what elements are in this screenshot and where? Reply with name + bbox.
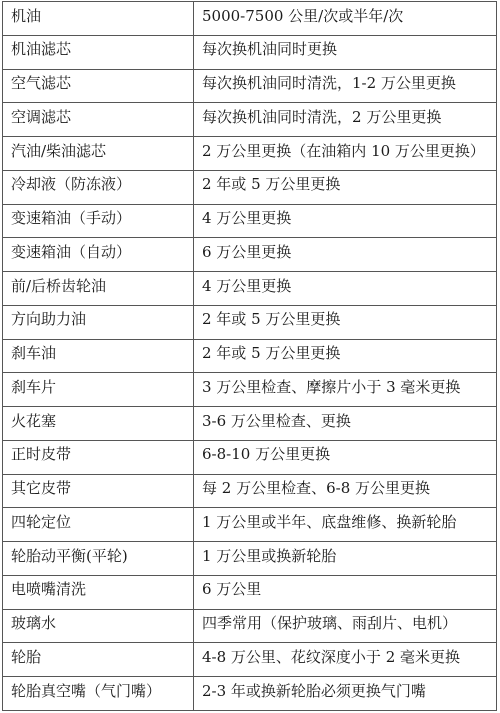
interval-cell: 6 万公里更换 [194, 238, 497, 272]
interval-cell: 2-3 年或换新轮胎必须更换气门嘴 [194, 677, 497, 711]
table-row: 变速箱油（自动） 6 万公里更换 [3, 238, 497, 272]
interval-cell: 每次换机油同时更换 [194, 35, 497, 69]
item-cell: 正时皮带 [3, 440, 194, 474]
item-cell: 刹车片 [3, 373, 194, 407]
table-row: 轮胎 4-8 万公里、花纹深度小于 2 毫米更换 [3, 643, 497, 677]
interval-cell: 6 万公里 [194, 575, 497, 609]
item-cell: 电喷嘴清洗 [3, 575, 194, 609]
maintenance-table-wrap: 机油 5000-7500 公里/次或半年/次 机油滤芯 每次换机油同时更换 空气… [2, 1, 497, 711]
item-cell: 空调滤芯 [3, 103, 194, 137]
item-cell: 前/后桥齿轮油 [3, 272, 194, 306]
interval-cell: 6-8-10 万公里更换 [194, 440, 497, 474]
item-cell: 汽油/柴油滤芯 [3, 137, 194, 171]
table-row: 玻璃水 四季常用（保护玻璃、雨刮片、电机） [3, 609, 497, 643]
item-cell: 轮胎真空嘴（气门嘴） [3, 677, 194, 711]
item-cell: 机油 [3, 2, 194, 36]
item-cell: 玻璃水 [3, 609, 194, 643]
interval-cell: 4 万公里更换 [194, 272, 497, 306]
table-row: 空气滤芯 每次换机油同时清洗，1-2 万公里更换 [3, 69, 497, 103]
table-row: 刹车片 3 万公里检查、摩擦片小于 3 毫米更换 [3, 373, 497, 407]
item-cell: 冷却液（防冻液） [3, 170, 194, 204]
maintenance-table: 机油 5000-7500 公里/次或半年/次 机油滤芯 每次换机油同时更换 空气… [2, 1, 497, 711]
table-row: 汽油/柴油滤芯 2 万公里更换（在油箱内 10 万公里更换） [3, 137, 497, 171]
item-cell: 刹车油 [3, 339, 194, 373]
table-row: 轮胎动平衡(平轮) 1 万公里或换新轮胎 [3, 542, 497, 576]
interval-cell: 1 万公里或半年、底盘维修、换新轮胎 [194, 508, 497, 542]
table-row: 空调滤芯 每次换机油同时清洗，2 万公里更换 [3, 103, 497, 137]
interval-cell: 每次换机油同时清洗，1-2 万公里更换 [194, 69, 497, 103]
table-row: 方向助力油 2 年或 5 万公里更换 [3, 305, 497, 339]
maintenance-table-body: 机油 5000-7500 公里/次或半年/次 机油滤芯 每次换机油同时更换 空气… [3, 2, 497, 711]
item-cell: 四轮定位 [3, 508, 194, 542]
item-cell: 变速箱油（手动） [3, 204, 194, 238]
interval-cell: 2 年或 5 万公里更换 [194, 339, 497, 373]
table-row: 四轮定位 1 万公里或半年、底盘维修、换新轮胎 [3, 508, 497, 542]
table-row: 正时皮带 6-8-10 万公里更换 [3, 440, 497, 474]
interval-cell: 5000-7500 公里/次或半年/次 [194, 2, 497, 36]
table-row: 前/后桥齿轮油 4 万公里更换 [3, 272, 497, 306]
item-cell: 方向助力油 [3, 305, 194, 339]
interval-cell: 每 2 万公里检查、6-8 万公里更换 [194, 474, 497, 508]
interval-cell: 2 年或 5 万公里更换 [194, 305, 497, 339]
item-cell: 火花塞 [3, 407, 194, 441]
interval-cell: 每次换机油同时清洗，2 万公里更换 [194, 103, 497, 137]
table-row: 变速箱油（手动） 4 万公里更换 [3, 204, 497, 238]
item-cell: 变速箱油（自动） [3, 238, 194, 272]
item-cell: 空气滤芯 [3, 69, 194, 103]
item-cell: 其它皮带 [3, 474, 194, 508]
item-cell: 轮胎 [3, 643, 194, 677]
table-row: 刹车油 2 年或 5 万公里更换 [3, 339, 497, 373]
interval-cell: 4-8 万公里、花纹深度小于 2 毫米更换 [194, 643, 497, 677]
interval-cell: 1 万公里或换新轮胎 [194, 542, 497, 576]
interval-cell: 2 万公里更换（在油箱内 10 万公里更换） [194, 137, 497, 171]
interval-cell: 4 万公里更换 [194, 204, 497, 238]
table-row: 轮胎真空嘴（气门嘴） 2-3 年或换新轮胎必须更换气门嘴 [3, 677, 497, 711]
table-row: 电喷嘴清洗 6 万公里 [3, 575, 497, 609]
interval-cell: 四季常用（保护玻璃、雨刮片、电机） [194, 609, 497, 643]
table-row: 其它皮带 每 2 万公里检查、6-8 万公里更换 [3, 474, 497, 508]
table-row: 机油滤芯 每次换机油同时更换 [3, 35, 497, 69]
table-row: 冷却液（防冻液） 2 年或 5 万公里更换 [3, 170, 497, 204]
interval-cell: 2 年或 5 万公里更换 [194, 170, 497, 204]
item-cell: 轮胎动平衡(平轮) [3, 542, 194, 576]
interval-cell: 3 万公里检查、摩擦片小于 3 毫米更换 [194, 373, 497, 407]
item-cell: 机油滤芯 [3, 35, 194, 69]
table-row: 机油 5000-7500 公里/次或半年/次 [3, 2, 497, 36]
interval-cell: 3-6 万公里检查、更换 [194, 407, 497, 441]
table-row: 火花塞 3-6 万公里检查、更换 [3, 407, 497, 441]
